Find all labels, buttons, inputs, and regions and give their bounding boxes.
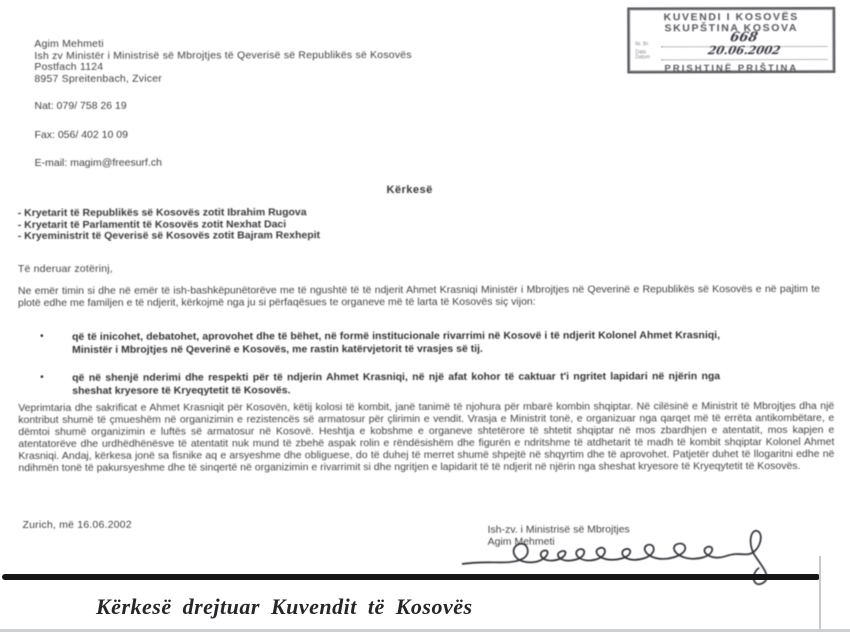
handwritten-signature-icon [461,525,811,592]
sender-phone: Nat: 079/ 758 26 19 [34,100,126,112]
request-item-1-text: që të inicohet, debatohet, aprovohet dhe… [72,329,720,356]
bullet-icon: • [40,331,72,356]
receipt-stamp: KUVENDI I KOSOVËS SKUPŠTINA KOSOVA Nr. B… [627,7,835,74]
recipient-list: - Kryetarit të Republikës së Kosovës zot… [18,207,320,242]
bullet-icon: • [40,372,72,397]
request-item-2-text: që në shenjë nderimi dhe respekti për të… [72,370,720,397]
sender-fax: Fax: 056/ 402 10 09 [35,129,128,141]
request-item-2: • që në shenjë nderimi dhe respekti për … [40,370,720,397]
salutation: Të nderuar zotërinj, [18,264,113,276]
stamp-city: PRISHTINË PRIŠTINA [635,63,827,75]
stamp-number-label: Nr. Br. [635,42,661,47]
sender-address-line1: Postfach 1124 [34,61,411,73]
recipient-prime-minister: - Kryeministrit të Qeverisë së Kosovës z… [18,230,320,242]
stamp-date-label: Data Datum [635,50,661,60]
sender-block: Agim Mehmeti Ish zv Ministër i Ministris… [34,38,412,85]
sender-email: E-mail: magim@freesurf.ch [35,157,162,169]
sender-address-line2: 8957 Spreitenbach, Zvicer [34,73,411,85]
stamp-date-handwritten: 20.06.2002 [707,43,782,57]
right-edge-line [819,556,821,632]
image-caption: Kërkesë drejtuar Kuvendit të Kosovës [96,594,473,620]
body-paragraph: Veprimtaria dhe sakrificat e Ahmet Krasn… [18,400,834,474]
subject-heading: Kërkesë [0,183,820,197]
request-item-1: • që të inicohet, debatohet, aprovohet d… [40,329,720,356]
opening-paragraph: Ne emër timin si dhe në emër të ish-bash… [18,283,820,309]
separator-rule [2,574,820,580]
scanned-letter: Agim Mehmeti Ish zv Ministër i Ministris… [0,0,850,632]
dateline: Zurich, më 16.06.2002 [23,520,132,532]
